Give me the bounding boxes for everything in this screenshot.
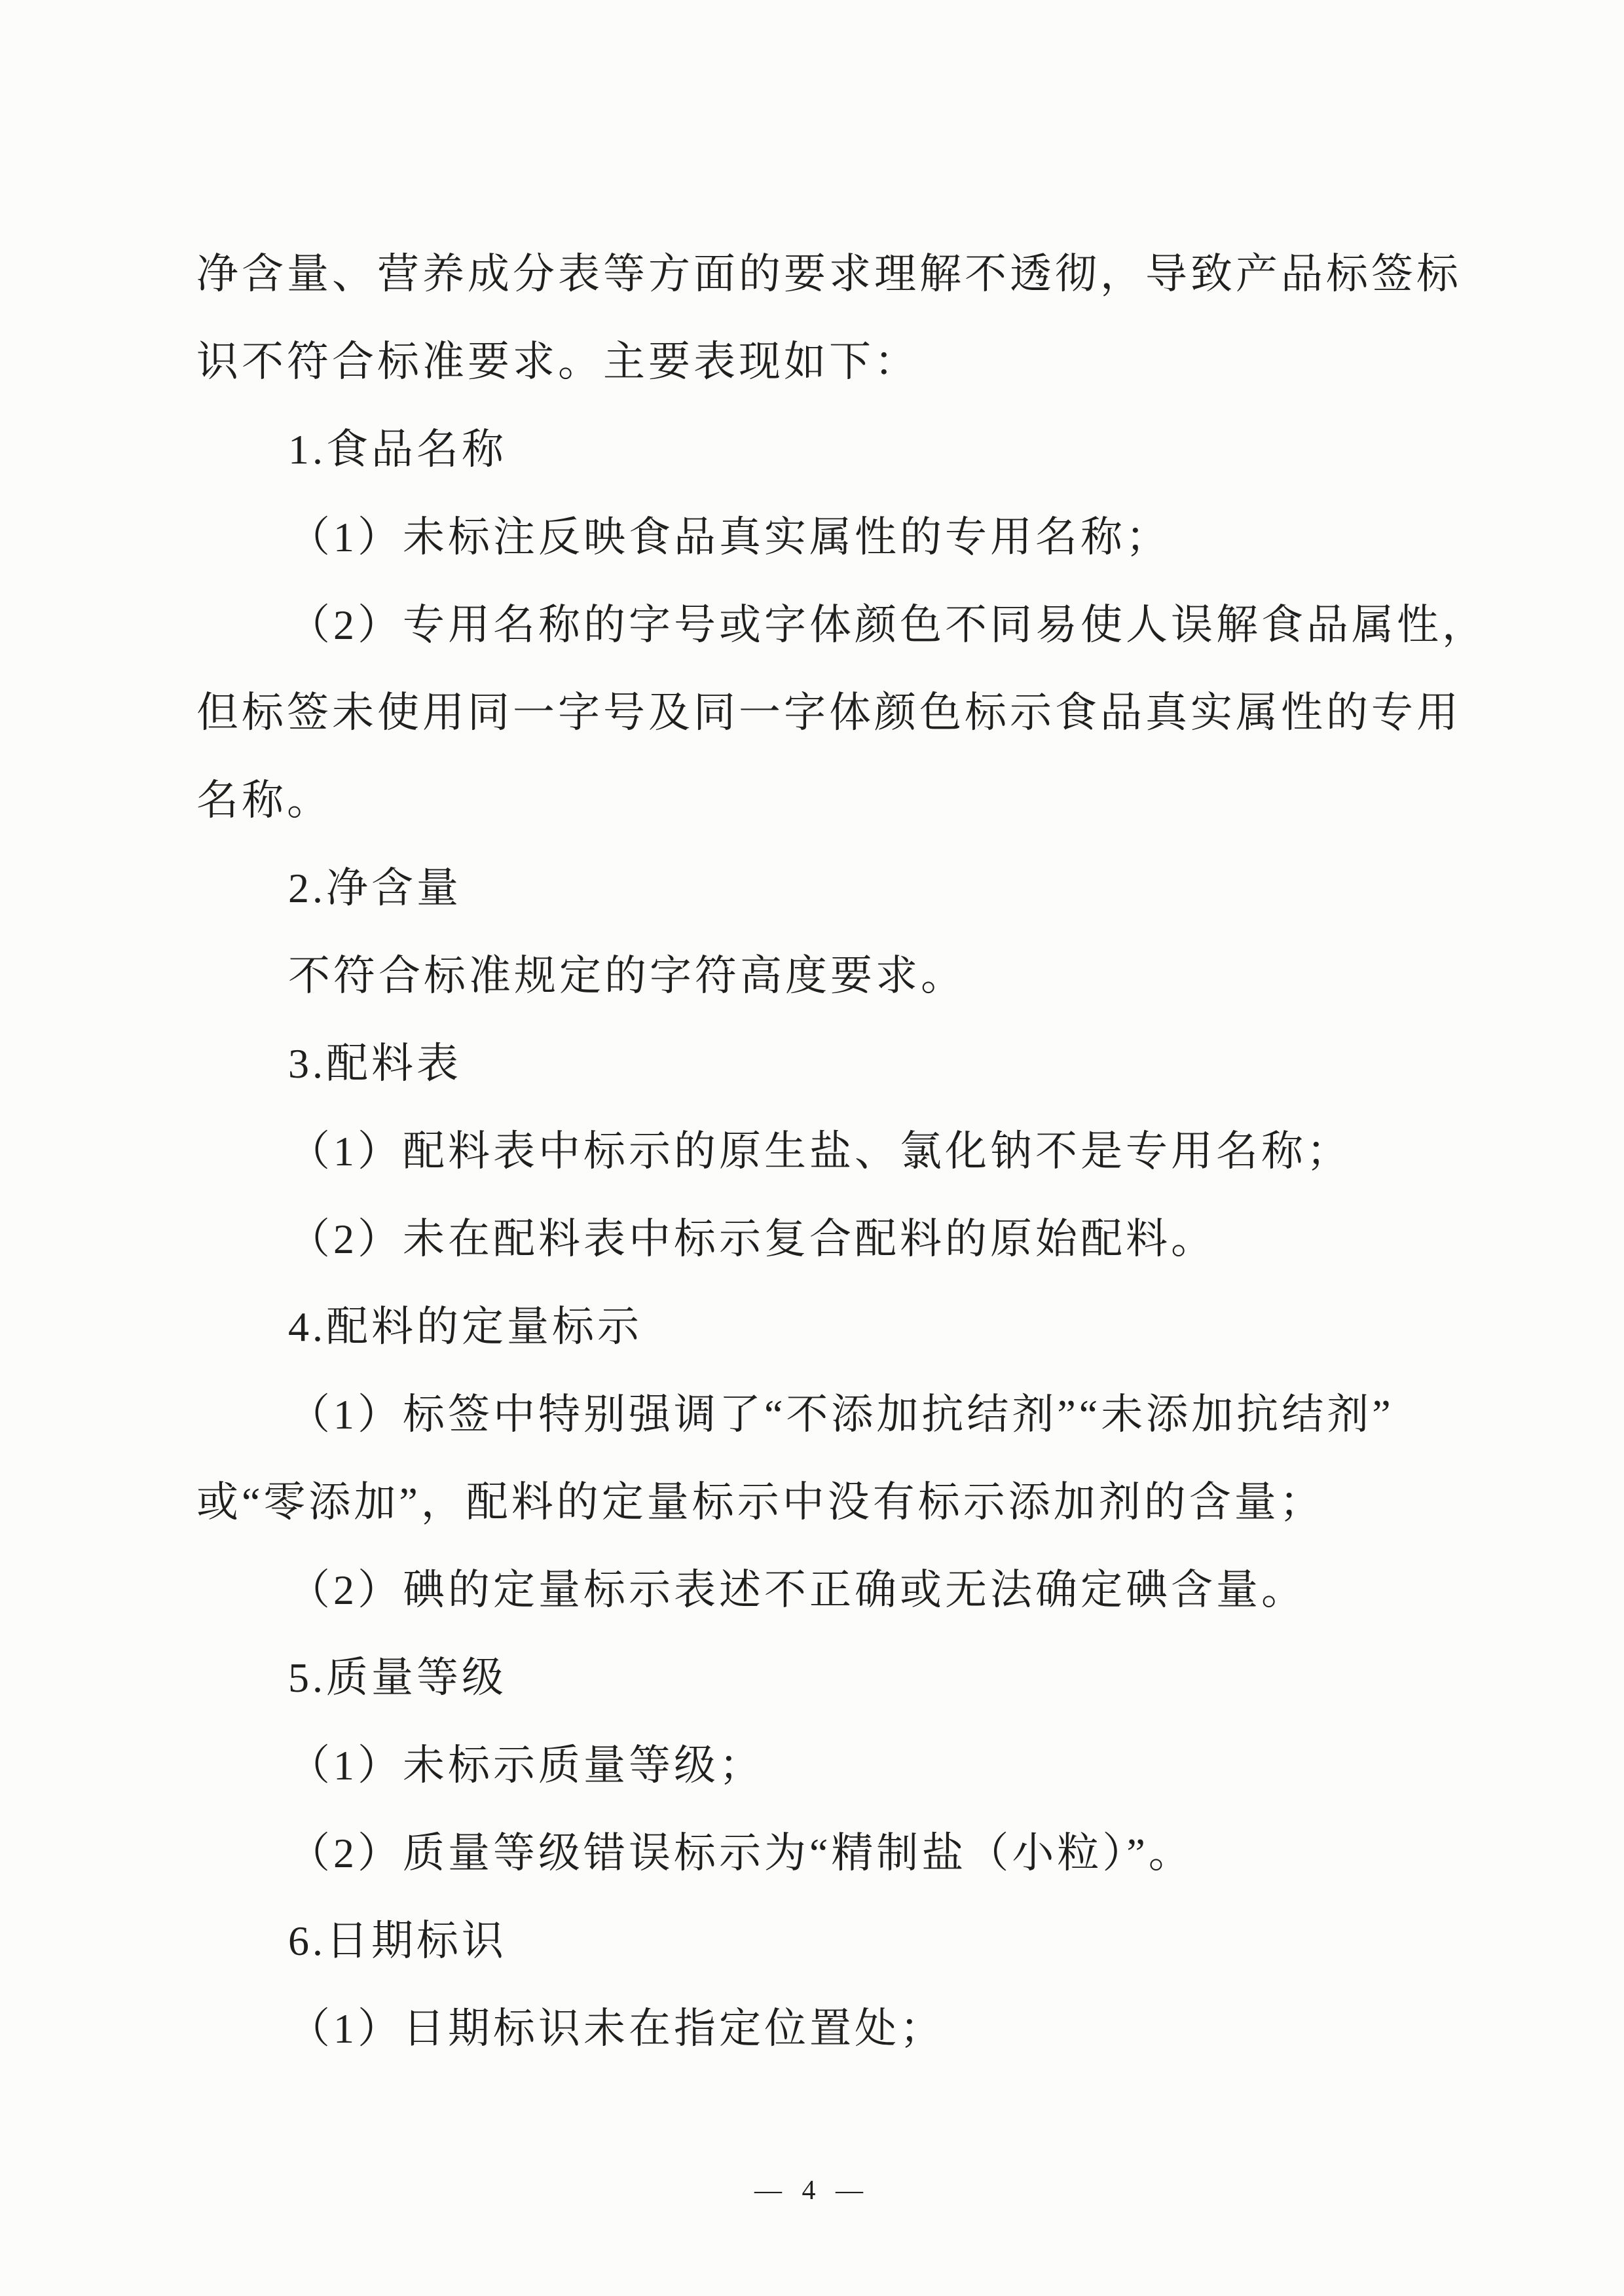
text-line: （1）未标注反映食品真实属性的专用名称； <box>196 494 1450 581</box>
text-line: （1）配料表中标示的原生盐、氯化钠不是专用名称； <box>196 1108 1450 1195</box>
text-line: 6.日期标识 <box>196 1897 1450 1985</box>
text-line: （1）日期标识未在指定位置处； <box>196 1985 1450 2073</box>
document-page: 净含量、营养成分表等方面的要求理解不透彻，导致产品标签标识不符合标准要求。主要表… <box>0 0 1624 2296</box>
text-line: 净含量、营养成分表等方面的要求理解不透彻，导致产品标签标 <box>196 230 1450 318</box>
page-number: — 4 — <box>754 2176 870 2206</box>
text-line: 1.食品名称 <box>196 406 1450 494</box>
text-line: 识不符合标准要求。主要表现如下： <box>196 318 1450 406</box>
text-line: （2）碘的定量标示表述不正确或无法确定碘含量。 <box>196 1546 1450 1634</box>
text-line: （1）未标示质量等级； <box>196 1722 1450 1810</box>
text-line: 5.质量等级 <box>196 1634 1450 1722</box>
text-line: 或“零添加”，配料的定量标示中没有标示添加剂的含量； <box>196 1459 1450 1546</box>
text-line: 2.净含量 <box>196 845 1450 932</box>
text-line: （2）质量等级错误标示为“精制盐（小粒）”。 <box>196 1810 1450 1897</box>
text-line: 但标签未使用同一字号及同一字体颜色标示食品真实属性的专用 <box>196 669 1450 757</box>
text-line: （2）未在配料表中标示复合配料的原始配料。 <box>196 1195 1450 1283</box>
text-line: 3.配料表 <box>196 1020 1450 1108</box>
text-line: 不符合标准规定的字符高度要求。 <box>196 932 1450 1020</box>
document-body: 净含量、营养成分表等方面的要求理解不透彻，导致产品标签标识不符合标准要求。主要表… <box>196 230 1450 2073</box>
text-line: 4.配料的定量标示 <box>196 1283 1450 1371</box>
text-line: 名称。 <box>196 757 1450 845</box>
text-line: （1）标签中特别强调了“不添加抗结剂”“未添加抗结剂” <box>196 1371 1450 1459</box>
text-line: （2）专用名称的字号或字体颜色不同易使人误解食品属性， <box>196 581 1450 669</box>
page-footer: — 4 — <box>0 2175 1624 2206</box>
